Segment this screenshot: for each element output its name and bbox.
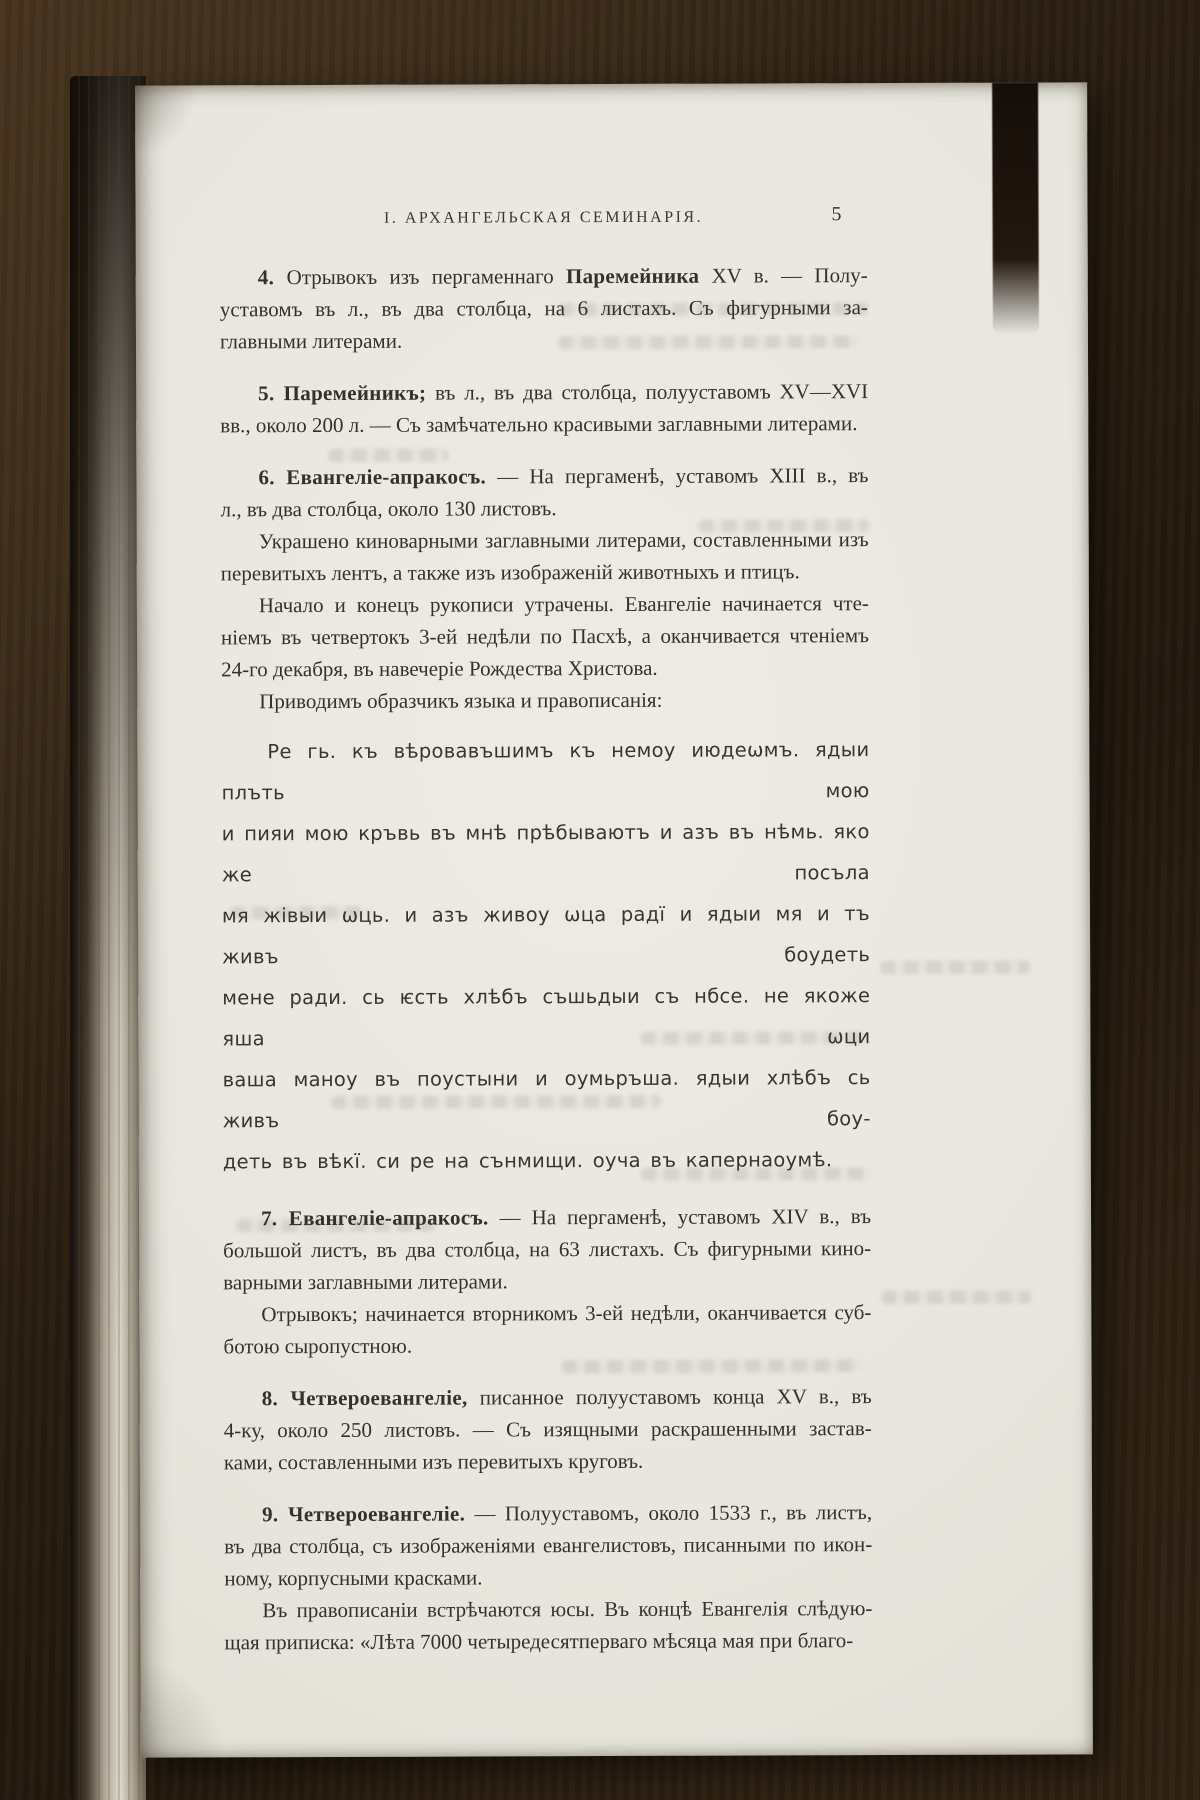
text-line: мя жівыи ѡць. и азъ живоу ѡца радї и яды… <box>222 893 870 977</box>
text-segment: писанное полууставомъ конца XV в., въ <box>467 1384 871 1409</box>
text-line: 9. Четвероевангеліе. — Полууставомъ, око… <box>224 1496 872 1530</box>
text-segment: деть въ вѣкї. си ре на сънмищи. оуча въ … <box>223 1148 833 1173</box>
bleed-through-ghost <box>881 1291 1031 1305</box>
paragraph-entry: 4. Отрывокъ изъ пергаменнаго Паремейника… <box>220 259 868 357</box>
text-line: 4-ку, около 250 листовъ. — Съ изящными р… <box>224 1412 872 1446</box>
text-line: ніемъ въ четвертокъ 3-ей недѣли по Пасхѣ… <box>221 619 869 653</box>
text-segment: 24-го декабря, въ навечеріе Рождества Хр… <box>221 656 658 682</box>
text-segment: Ре гь. къ вѣровавъшимъ къ немоу июдеѡмъ.… <box>222 738 870 804</box>
paragraph-entry: 5. Паремейникъ; въ л., въ два столбца, п… <box>220 375 868 441</box>
running-header: І. АРХАНГЕЛЬСКАЯ СЕМИНАРІЯ. 5 <box>219 201 867 229</box>
text-segment: щая приписка: «Лѣта 7000 четыредесятперв… <box>224 1628 853 1654</box>
text-line: ками, составленными изъ перевитыхъ круго… <box>224 1444 872 1478</box>
page-text: І. АРХАНГЕЛЬСКАЯ СЕМИНАРІЯ. 5 4. Отрывок… <box>219 201 872 1658</box>
text-segment: Приводимъ образчикъ языка и правописанія… <box>259 688 662 713</box>
text-segment: 4-ку, около 250 листовъ. — Съ изящными р… <box>224 1416 872 1442</box>
text-line: 4. Отрывокъ изъ пергаменнаго Паремейника… <box>220 259 868 293</box>
text-line: Украшено киноварными заглавными литерами… <box>221 523 869 557</box>
text-line: 24-го декабря, въ навечеріе Рождества Хр… <box>221 651 869 685</box>
text-segment: ботою сыропустною. <box>223 1334 412 1359</box>
photo-background: І. АРХАНГЕЛЬСКАЯ СЕМИНАРІЯ. 5 4. Отрывок… <box>0 0 1200 1800</box>
text-line: 7. Евангеліе-апракосъ. — На пергаменѣ, у… <box>223 1200 871 1234</box>
paragraph-entry: 8. Четвероевангеліе, писанное полууставо… <box>224 1380 872 1478</box>
text-segment: въ л., въ два столбца, полууставомъ XV—X… <box>426 379 868 405</box>
text-line: 8. Четвероевангеліе, писанное полууставо… <box>224 1380 872 1414</box>
text-line: вв., около 200 л. — Съ замѣчательно крас… <box>220 407 868 441</box>
text-segment: XV в. — Полу- <box>699 263 868 288</box>
text-line: деть въ вѣкї. си ре на сънмищи. оуча въ … <box>223 1139 871 1182</box>
text-line: мене ради. сь ѥсть хлѣбъ съшьдыи съ нбсе… <box>222 975 870 1059</box>
bold-text-segment: 7. Евангеліе-апракосъ. <box>261 1205 489 1230</box>
bold-text-segment: 5. Паремейникъ; <box>258 381 426 406</box>
text-line: ному, корпусными красками. <box>224 1560 872 1594</box>
bold-text-segment: 6. Евангеліе-апракосъ. <box>258 464 486 489</box>
paragraph-sub: Начало и конецъ рукописи утрачены. Еванг… <box>221 587 869 685</box>
page-gap-shadow <box>992 83 1039 335</box>
text-segment: перевитыхъ лентъ, а также изъ изображені… <box>221 559 800 585</box>
text-segment: мя жівыи ѡць. и азъ живоу ѡца радї и яды… <box>222 902 870 968</box>
text-line: перевитыхъ лентъ, а также изъ изображені… <box>221 555 869 589</box>
page-number: 5 <box>831 198 841 230</box>
text-line: Начало и конецъ рукописи утрачены. Еванг… <box>221 587 869 621</box>
text-segment: — На пергаменѣ, уставомъ XIV в., въ <box>488 1204 871 1229</box>
text-line: л., въ два столбца, около 130 листовъ. <box>221 491 869 525</box>
text-segment: ному, корпусными красками. <box>224 1565 482 1590</box>
bold-text-segment: 4. <box>258 265 287 289</box>
text-segment: Начало и конецъ рукописи утрачены. Еванг… <box>259 591 869 617</box>
text-line: Приводимъ образчикъ языка и правописанія… <box>221 683 869 717</box>
text-segment: и пияи мою кръвь въ мнѣ прѣбываютъ и азъ… <box>222 820 870 886</box>
paragraph-entry: 6. Евангеліе-апракосъ. — На пергаменѣ, у… <box>220 459 868 525</box>
text-segment: Украшено киноварными заглавными литерами… <box>259 527 869 553</box>
text-segment: ками, составленными изъ перевитыхъ круго… <box>224 1449 643 1474</box>
bold-text-segment: Паремейника <box>566 264 699 288</box>
text-line: варными заглавными литерами. <box>223 1264 871 1298</box>
text-line: щая приписка: «Лѣта 7000 четыредесятперв… <box>224 1624 872 1658</box>
text-line: 5. Паремейникъ; въ л., въ два столбца, п… <box>220 375 868 409</box>
text-segment: Отрывокъ изъ пергаменнаго <box>287 264 566 289</box>
text-segment: Отрывокъ; начинается вторникомъ 3-ей нед… <box>261 1300 871 1326</box>
paragraph-sub: Въ правописаніи встрѣчаются юсы. Въ конц… <box>224 1592 872 1658</box>
text-segment: мене ради. сь ѥсть хлѣбъ съшьдыи съ нбсе… <box>222 984 870 1050</box>
text-line: главными литерами. <box>220 323 868 357</box>
paragraph-sub: Украшено киноварными заглавными литерами… <box>221 523 869 589</box>
text-segment: варными заглавными литерами. <box>223 1269 507 1294</box>
book-page: І. АРХАНГЕЛЬСКАЯ СЕМИНАРІЯ. 5 4. Отрывок… <box>135 82 1093 1757</box>
paragraph-sub: Приводимъ образчикъ языка и правописанія… <box>221 683 869 717</box>
text-line: Ре гь. къ вѣровавъшимъ къ немоу июдеѡмъ.… <box>221 729 869 813</box>
text-segment: въ два столбца, съ изображеніями евангел… <box>224 1532 872 1558</box>
text-segment: ваша маноу въ поустыни и оумьръша. ядыи … <box>223 1066 871 1132</box>
text-segment: главными литерами. <box>220 329 402 354</box>
text-segment: вв., около 200 л. — Съ замѣчательно крас… <box>220 411 857 437</box>
text-segment: — Полууставомъ, около 1533 г., въ листъ, <box>465 1500 872 1525</box>
paragraph-entry: 7. Евангеліе-апракосъ. — На пергаменѣ, у… <box>223 1200 871 1298</box>
paragraph-slavonic: Ре гь. къ вѣровавъшимъ къ немоу июдеѡмъ.… <box>221 729 871 1182</box>
text-segment: — На пергаменѣ, уставомъ XIII в., въ <box>486 463 868 488</box>
bleed-through-ghost <box>880 961 1030 975</box>
text-line: 6. Евангеліе-апракосъ. — На пергаменѣ, у… <box>220 459 868 493</box>
running-header-title: І. АРХАНГЕЛЬСКАЯ СЕМИНАРІЯ. <box>219 201 867 235</box>
text-line: Отрывокъ; начинается вторникомъ 3-ей нед… <box>223 1296 871 1330</box>
text-segment: л., въ два столбца, около 130 листовъ. <box>221 496 557 521</box>
text-segment: Въ правописаніи встрѣчаются юсы. Въ конц… <box>262 1596 872 1622</box>
text-line: уставомъ въ л., въ два столбца, на 6 лис… <box>220 291 868 325</box>
text-segment: большой листъ, въ два столбца, на 63 лис… <box>223 1236 871 1262</box>
text-segment: ніемъ въ четвертокъ 3-ей недѣли по Пасхѣ… <box>221 623 869 649</box>
text-line: большой листъ, въ два столбца, на 63 лис… <box>223 1232 871 1266</box>
book-page-edges <box>70 76 146 1800</box>
text-line: Въ правописаніи встрѣчаются юсы. Въ конц… <box>224 1592 872 1626</box>
paragraph-sub: Отрывокъ; начинается вторникомъ 3-ей нед… <box>223 1296 871 1362</box>
text-line: въ два столбца, съ изображеніями евангел… <box>224 1528 872 1562</box>
text-line: ваша маноу въ поустыни и оумьръша. ядыи … <box>222 1057 870 1141</box>
paragraphs-container: 4. Отрывокъ изъ пергаменнаго Паремейника… <box>220 259 873 1658</box>
text-line: и пияи мою кръвь въ мнѣ прѣбываютъ и азъ… <box>222 811 870 895</box>
text-segment: уставомъ въ л., въ два столбца, на 6 лис… <box>220 295 868 321</box>
bold-text-segment: 9. Четвероевангеліе. <box>262 1502 465 1527</box>
bold-text-segment: 8. Четвероевангеліе, <box>262 1386 468 1411</box>
text-line: ботою сыропустною. <box>223 1328 871 1362</box>
paragraph-entry: 9. Четвероевангеліе. — Полууставомъ, око… <box>224 1496 872 1594</box>
